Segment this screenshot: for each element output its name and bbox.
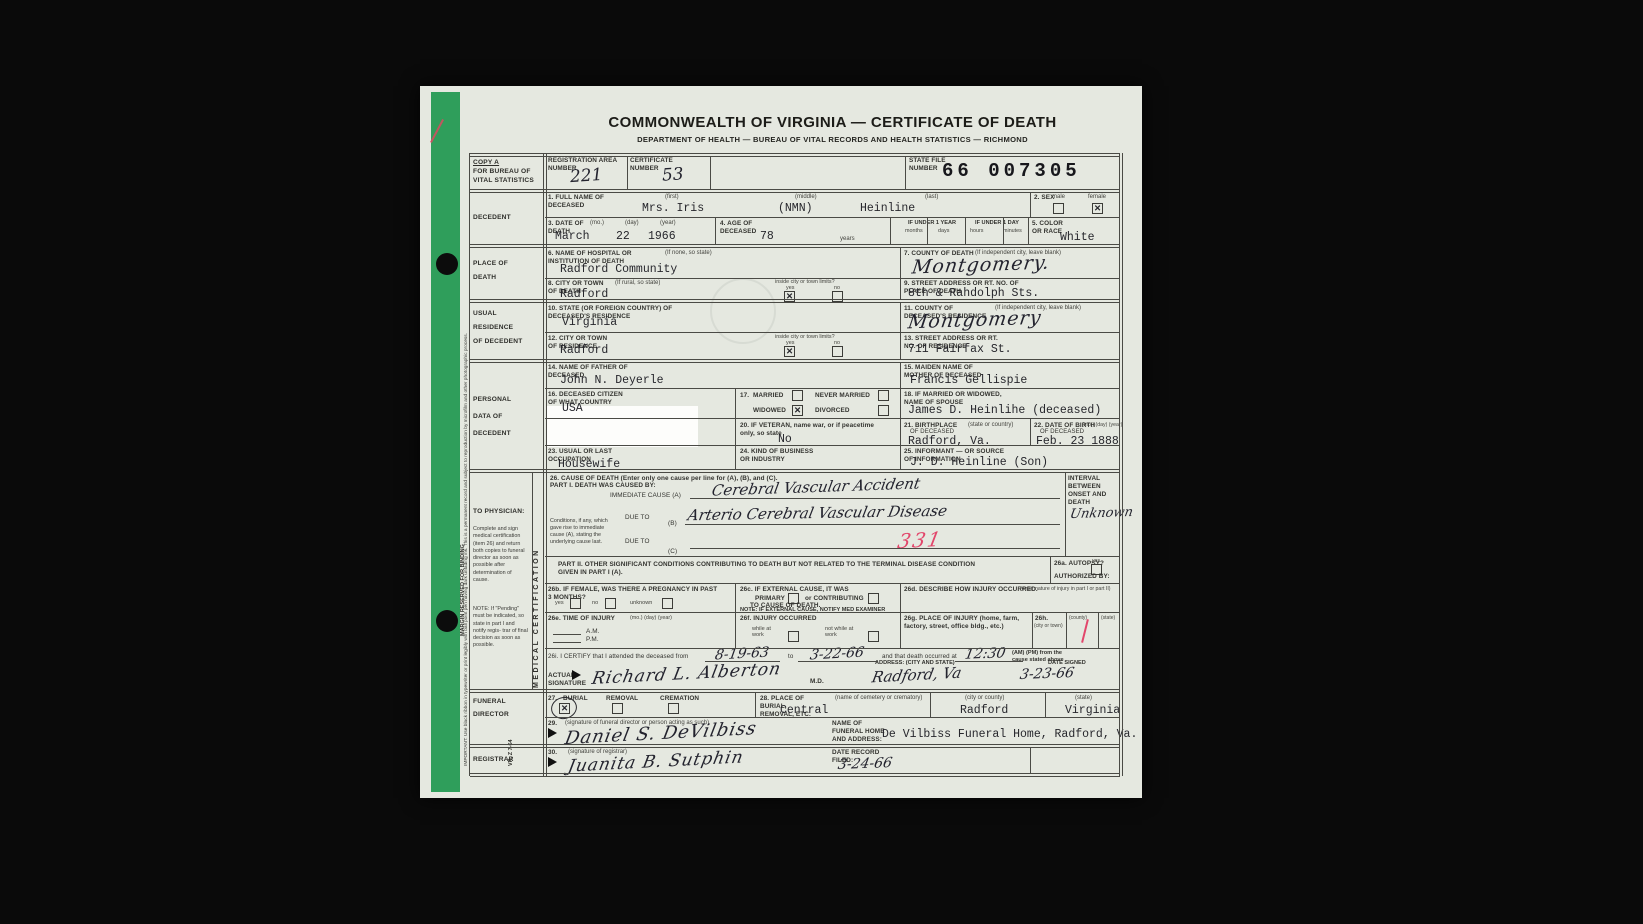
divider-line bbox=[1045, 692, 1046, 717]
divider-line bbox=[545, 418, 1120, 419]
divider-line bbox=[470, 156, 1120, 157]
divider-line bbox=[1030, 418, 1031, 445]
conditions-note: Conditions, if any, which gave rise to i… bbox=[550, 518, 620, 546]
section-residence-2: RESIDENCE bbox=[473, 322, 513, 334]
divider-line bbox=[755, 692, 756, 717]
divider-line bbox=[545, 388, 1120, 389]
check-mark-icon: ✕ bbox=[793, 406, 802, 415]
pregnancy-yes-label: yes bbox=[555, 600, 564, 606]
minutes-hint: minutes bbox=[1003, 228, 1022, 234]
age-value: 78 bbox=[760, 230, 774, 243]
section-residence-1: USUAL bbox=[473, 308, 497, 320]
fd-signature-arrow-icon bbox=[548, 728, 557, 738]
physician-address: Radford, Va bbox=[870, 664, 963, 687]
divider-line bbox=[900, 362, 901, 388]
divider-line bbox=[690, 548, 1060, 549]
cremation-label: CREMATION bbox=[660, 695, 699, 703]
married-label: MARRIED bbox=[753, 392, 784, 400]
divider-line bbox=[900, 247, 901, 299]
while-at-work-checkbox bbox=[788, 631, 799, 642]
pending-note: NOTE: If "Pending" must be indicated, so… bbox=[473, 606, 529, 650]
divider-line bbox=[470, 153, 1120, 154]
color-race-value: White bbox=[1060, 231, 1095, 244]
divider-line bbox=[735, 388, 736, 469]
c-label: (C) bbox=[668, 548, 677, 556]
b-label: (B) bbox=[668, 520, 677, 528]
certificate-title: COMMONWEALTH OF VIRGINIA — CERTIFICATE O… bbox=[545, 114, 1120, 131]
pregnancy-no-label: no bbox=[592, 600, 598, 606]
due-to-c-label: DUE TO bbox=[625, 538, 650, 546]
divider-line bbox=[690, 498, 1060, 499]
divider-line bbox=[1066, 612, 1067, 648]
divider-line bbox=[470, 773, 1120, 774]
section-place-of-death-1: PLACE OF bbox=[473, 258, 508, 270]
limits-res-yes-checkbox: ✕ bbox=[784, 346, 795, 357]
divider-line bbox=[1098, 612, 1099, 648]
certify-pre: 26i. I CERTIFY that I attended the decea… bbox=[548, 653, 688, 661]
divider-line bbox=[1003, 217, 1004, 244]
never-married-label: NEVER MARRIED bbox=[815, 392, 870, 400]
citizen-value: USA bbox=[562, 402, 583, 415]
under-1-day-label: IF UNDER 1 DAY bbox=[968, 220, 1026, 227]
funeral-home-value: De Vilbiss Funeral Home, Radford, Va. bbox=[882, 728, 1137, 741]
cemetery-value: Central bbox=[780, 704, 828, 717]
divider-line bbox=[470, 472, 1120, 473]
death-year-value: 1966 bbox=[648, 230, 676, 243]
name-first-value: Mrs. Iris bbox=[642, 202, 704, 215]
divider-line bbox=[553, 634, 581, 635]
hours-hint: hours bbox=[970, 228, 984, 234]
divorced-label: DIVORCED bbox=[815, 407, 850, 415]
spouse-value: James D. Heinlihe (deceased) bbox=[908, 404, 1101, 417]
certificate-subtitle: DEPARTMENT OF HEALTH — BUREAU OF VITAL R… bbox=[545, 135, 1120, 144]
divider-line bbox=[553, 642, 581, 643]
hospital-value: Radford Community bbox=[560, 263, 677, 276]
removal-label: REMOVAL bbox=[606, 695, 638, 703]
burial-city-value: Radford bbox=[960, 704, 1008, 717]
divider-line bbox=[1119, 153, 1120, 776]
divider-line bbox=[900, 612, 901, 648]
divider-line bbox=[470, 689, 1120, 690]
birthplace-value: Radford, Va. bbox=[908, 435, 991, 448]
year-hint: (year) bbox=[660, 220, 676, 226]
dob-hint: (mo.) (day) (year) bbox=[1082, 422, 1122, 428]
cause-code-red: 331 bbox=[896, 527, 945, 554]
describe-injury-hint: (enter nature of injury in part I or par… bbox=[1020, 586, 1111, 592]
section-place-of-death-2: DEATH bbox=[473, 272, 496, 284]
autopsy-auth-label: AUTHORIZED BY: bbox=[1054, 573, 1110, 581]
divider-line bbox=[532, 472, 533, 690]
divider-line bbox=[1030, 192, 1031, 217]
check-mark-icon: ✕ bbox=[1093, 204, 1102, 213]
divider-line bbox=[900, 302, 901, 359]
immediate-cause-label: IMMEDIATE CAUSE (A) bbox=[610, 492, 681, 500]
divider-line bbox=[545, 717, 1120, 718]
describe-injury-label: 26d. DESCRIBE HOW INJURY OCCURRED. bbox=[904, 586, 1038, 594]
not-while-at-work-checkbox bbox=[868, 631, 879, 642]
time-injury-label: 26e. TIME OF INJURY bbox=[548, 615, 615, 623]
burial-state-hint: (state) bbox=[1075, 695, 1092, 701]
cause-b-value: Arterio Cerebral Vascular Disease bbox=[686, 502, 949, 525]
divider-line bbox=[470, 189, 1120, 190]
contributing-checkbox bbox=[868, 593, 879, 604]
limits-death-no-checkbox bbox=[832, 291, 843, 302]
street-res-value: 711 Fairfax St. bbox=[908, 343, 1012, 356]
divider-line bbox=[545, 445, 1120, 446]
place-injury-label: 26g. PLACE OF INJURY (home, farm, factor… bbox=[904, 615, 1024, 631]
external-cause-label: 26c. IF EXTERNAL CAUSE, IT WAS bbox=[740, 586, 860, 594]
divider-line bbox=[470, 302, 1120, 303]
divider-line bbox=[965, 217, 966, 244]
am-label: A.M. bbox=[586, 628, 600, 636]
pregnancy-no-checkbox bbox=[605, 598, 616, 609]
divider-line bbox=[470, 244, 1120, 245]
widowed-label: WIDOWED bbox=[753, 407, 786, 415]
divider-line bbox=[470, 469, 1120, 470]
divider-line bbox=[927, 217, 928, 244]
injury-26h-num: 26h. bbox=[1035, 615, 1048, 623]
bureau-label: FOR BUREAU OF VITAL STATISTICS bbox=[473, 168, 539, 185]
divider-line bbox=[546, 153, 547, 776]
business-label: 24. KIND OF BUSINESS OR INDUSTRY bbox=[740, 448, 820, 464]
divider-line bbox=[545, 583, 1120, 584]
divider-line bbox=[545, 612, 1120, 613]
certificate-paper: MARGIN RESERVED FOR BINDING IMPORTANT: U… bbox=[420, 86, 1142, 798]
burial-state-value: Virginia bbox=[1065, 704, 1120, 717]
county-res-value: Montgomery bbox=[906, 307, 1042, 334]
section-residence-3: OF DECEDENT bbox=[473, 336, 522, 348]
punch-hole-top bbox=[436, 253, 458, 275]
scanned-death-certificate: MARGIN RESERVED FOR BINDING IMPORTANT: U… bbox=[0, 0, 1643, 924]
injury-city-hint: (city or town) bbox=[1034, 623, 1063, 629]
divider-line bbox=[1032, 612, 1033, 648]
section-funeral-2: DIRECTOR bbox=[473, 709, 509, 721]
divider-line bbox=[710, 156, 711, 189]
cremation-checkbox bbox=[668, 703, 679, 714]
burial-city-hint: (city or county) bbox=[965, 695, 1004, 701]
divider-line bbox=[545, 217, 1120, 218]
divider-line bbox=[715, 217, 716, 244]
name-middle-value: (NMN) bbox=[778, 202, 813, 215]
removal-checkbox bbox=[612, 703, 623, 714]
day-hint: (day) bbox=[625, 220, 639, 226]
due-to-b-label: DUE TO bbox=[625, 514, 650, 522]
hospital-hint: (If none, so state) bbox=[665, 250, 712, 256]
date-filed-value: 3-24-66 bbox=[837, 755, 894, 773]
divider-line bbox=[543, 153, 544, 776]
section-funeral-1: FUNERAL bbox=[473, 696, 506, 708]
faint-stamp-circle bbox=[710, 278, 776, 344]
divider-line bbox=[470, 359, 1120, 360]
divider-line bbox=[470, 692, 1120, 693]
divider-line bbox=[470, 192, 1120, 193]
cert-number-value: 53 bbox=[661, 164, 684, 185]
signature-arrow-icon bbox=[572, 670, 581, 680]
divider-line bbox=[470, 247, 1120, 248]
mo-hint: (mo.) bbox=[590, 220, 604, 226]
city-res-value: Radford bbox=[560, 344, 608, 357]
pregnancy-yes-checkbox bbox=[570, 598, 581, 609]
reg-area-value: 221 bbox=[569, 165, 603, 187]
divider-line bbox=[900, 388, 901, 469]
divider-line bbox=[1028, 217, 1029, 244]
binding-strip bbox=[431, 92, 460, 792]
injury-occurred-label: 26f. INJURY OCCURRED bbox=[740, 615, 817, 623]
city-death-hint: (If rural, so state) bbox=[615, 280, 660, 286]
time-injury-hint: (mo.) (day) (year) bbox=[630, 615, 672, 621]
divider-line bbox=[798, 661, 878, 662]
divorced-checkbox bbox=[878, 405, 889, 416]
mother-value: Francis Gellispie bbox=[910, 374, 1027, 387]
divider-line bbox=[470, 747, 1120, 748]
divider-line bbox=[1050, 556, 1051, 583]
check-mark-icon: ✕ bbox=[785, 347, 794, 356]
divider-line bbox=[627, 156, 628, 189]
sex-male-checkbox bbox=[1053, 203, 1064, 214]
divider-line bbox=[735, 583, 736, 612]
punch-hole-bottom bbox=[436, 610, 458, 632]
divider-line bbox=[900, 583, 901, 612]
section-personal-2: DATA OF bbox=[473, 411, 502, 423]
divider-line bbox=[705, 661, 780, 662]
divider-line bbox=[905, 156, 906, 189]
divider-line bbox=[470, 362, 1120, 363]
full-name-label: 1. FULL NAME OF DECEASED bbox=[548, 194, 608, 210]
pregnancy-unknown-label: unknown bbox=[630, 600, 652, 606]
limits-res-no-checkbox bbox=[832, 346, 843, 357]
state-res-value: Virginia bbox=[562, 316, 617, 329]
injury-county-hint: (county) bbox=[1069, 615, 1087, 621]
marital-num: 17. bbox=[740, 392, 749, 400]
section-registrar: REGISTRAR bbox=[473, 754, 514, 766]
medical-certification-vertical-label: MEDICAL CERTIFICATION bbox=[533, 476, 540, 688]
years-hint: years bbox=[840, 236, 855, 242]
divider-line bbox=[930, 692, 931, 717]
divider-line bbox=[735, 612, 736, 648]
cause-part1: PART I. DEATH WAS CAUSED BY: bbox=[550, 482, 656, 490]
months-hint: months bbox=[905, 228, 923, 234]
divider-line bbox=[470, 744, 1120, 745]
physician-signature: Richard L. Alberton bbox=[590, 659, 783, 689]
cemetery-hint: (name of cemetery or crematory) bbox=[835, 695, 922, 701]
divider-line bbox=[545, 332, 1120, 333]
citizen-label: 16. DECEASED CITIZEN OF WHAT COUNTRY bbox=[548, 391, 628, 407]
divider-line bbox=[545, 648, 1120, 649]
part2-label: PART II. OTHER SIGNIFICANT CONDITIONS CO… bbox=[558, 561, 978, 577]
widowed-checkbox: ✕ bbox=[792, 405, 803, 416]
death-month-value: March bbox=[555, 230, 590, 243]
veteran-label: 20. IF VETERAN, name war, or if peacetim… bbox=[740, 422, 880, 438]
state-file-value: 66 007305 bbox=[942, 160, 1081, 182]
divider-line bbox=[1122, 153, 1123, 776]
married-checkbox bbox=[792, 390, 803, 401]
divider-line bbox=[470, 776, 1120, 777]
divider-line bbox=[470, 299, 1120, 300]
md-label: M.D. bbox=[810, 678, 824, 686]
pregnancy-unknown-checkbox bbox=[662, 598, 673, 609]
med-examiner-note: NOTE: IF EXTERNAL CAUSE, NOTIFY MED EXAM… bbox=[740, 607, 898, 614]
section-decedent: DECEDENT bbox=[473, 212, 511, 224]
injury-state-hint: (state) bbox=[1101, 615, 1115, 621]
interval-value: Unknown bbox=[1069, 505, 1135, 522]
divider-line bbox=[469, 153, 470, 776]
birthplace-hint: (state or country) bbox=[968, 422, 1013, 428]
divider-line bbox=[545, 556, 1120, 557]
never-married-checkbox bbox=[878, 390, 889, 401]
under-1-year-label: IF UNDER 1 YEAR bbox=[902, 220, 962, 227]
divider-line bbox=[1030, 747, 1031, 773]
name-last-value: Heinline bbox=[860, 202, 915, 215]
death-day-value: 22 bbox=[616, 230, 630, 243]
divider-line bbox=[685, 524, 1060, 525]
physician-note: Complete and sign medical certification … bbox=[473, 526, 529, 584]
to-physician-label: TO PHYSICIAN: bbox=[473, 506, 525, 518]
dob-value: Feb. 23 1888 bbox=[1036, 435, 1119, 448]
date-signed-value: 3-23-66 bbox=[1019, 665, 1076, 683]
pm-label: P.M. bbox=[586, 636, 599, 644]
limits-death-yes-checkbox: ✕ bbox=[784, 291, 795, 302]
first-hint: (first) bbox=[665, 194, 679, 200]
sex-female-label: female bbox=[1088, 194, 1106, 200]
sex-male-label: male bbox=[1052, 194, 1065, 200]
county-death-value: Montgomery. bbox=[910, 252, 1051, 279]
father-value: John N. Deyerle bbox=[560, 374, 664, 387]
middle-hint: (middle) bbox=[795, 194, 817, 200]
days-hint: days bbox=[938, 228, 949, 234]
while-at-work-label: while at work bbox=[752, 626, 782, 638]
section-personal-3: DECEDENT bbox=[473, 428, 511, 440]
last-hint: (last) bbox=[925, 194, 938, 200]
informant-value: J. D. Heinline (Son) bbox=[910, 456, 1048, 469]
fd-num: 29. bbox=[548, 720, 557, 728]
divider-line bbox=[545, 278, 1120, 279]
sex-female-checkbox: ✕ bbox=[1092, 203, 1103, 214]
registrar-signature-arrow-icon bbox=[548, 757, 557, 767]
section-personal-1: PERSONAL bbox=[473, 394, 511, 406]
interval-label: INTERVAL BETWEEN ONSET AND DEATH bbox=[1068, 475, 1118, 507]
registrar-num: 30. bbox=[548, 749, 557, 757]
red-slash-mark bbox=[1081, 619, 1089, 643]
divider-line bbox=[955, 661, 1023, 662]
not-while-at-work-label: not while at work bbox=[825, 626, 859, 638]
certify-to-word: to bbox=[788, 653, 793, 661]
divider-line bbox=[890, 217, 891, 244]
divider-line bbox=[1065, 472, 1066, 556]
